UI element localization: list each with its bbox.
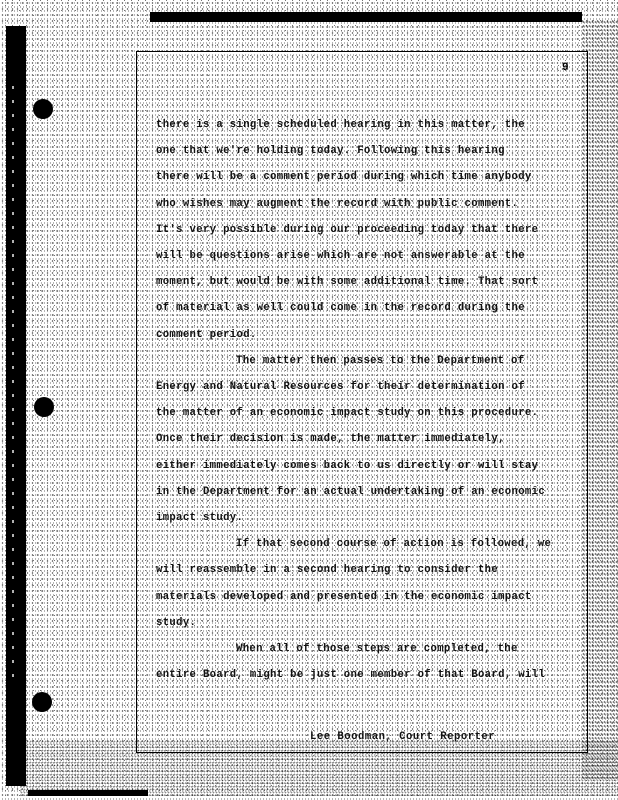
transcript-line: of material as well could come in the re… — [156, 301, 525, 315]
hole-punch-middle — [34, 397, 54, 417]
court-reporter-signature: Lee Boodman, Court Reporter — [310, 731, 495, 743]
transcript-line: It's very possible during our proceeding… — [156, 223, 538, 237]
transcript-line: there is a single scheduled hearing in t… — [156, 118, 525, 132]
transcript-line: materials developed and presented in the… — [156, 590, 532, 604]
transcript-line: study. — [156, 616, 196, 630]
hole-punch-bottom — [32, 692, 52, 712]
transcript-line: When all of those steps are completed, t… — [236, 642, 518, 656]
transcript-line: one that we're holding today. Following … — [156, 144, 505, 158]
transcript-line: The matter then passes to the Department… — [236, 354, 524, 368]
transcript-line: will be questions arise which are not an… — [156, 249, 525, 263]
scan-top-edge-shadow — [150, 12, 582, 22]
transcript-line: entire Board, might be just one member o… — [156, 668, 545, 682]
transcript-line: impact study. — [156, 511, 243, 525]
scan-bottom-edge-shadow — [28, 790, 148, 796]
transcript-line: comment period. — [156, 328, 257, 342]
transcript-line: either immediately comes back to us dire… — [156, 459, 538, 473]
transcript-line: Once their decision is made, the matter … — [156, 432, 505, 446]
transcript-line: there will be a comment period during wh… — [156, 170, 532, 184]
scan-left-edge-shadow — [6, 26, 26, 786]
transcript-line: Energy and Natural Resources for their d… — [156, 380, 525, 394]
transcript-line: in the Department for an actual undertak… — [156, 485, 545, 499]
transcript-line: If that second course of action is follo… — [236, 537, 551, 551]
transcript-line: who wishes may augment the record with p… — [156, 197, 518, 211]
hole-punch-top — [33, 99, 53, 119]
page-number: 9 — [562, 62, 569, 74]
transcript-line: will reassemble in a second hearing to c… — [156, 563, 498, 577]
transcript-line: the matter of an economic impact study o… — [156, 406, 538, 420]
transcript-line: moment, but would be with some additiona… — [156, 275, 538, 289]
